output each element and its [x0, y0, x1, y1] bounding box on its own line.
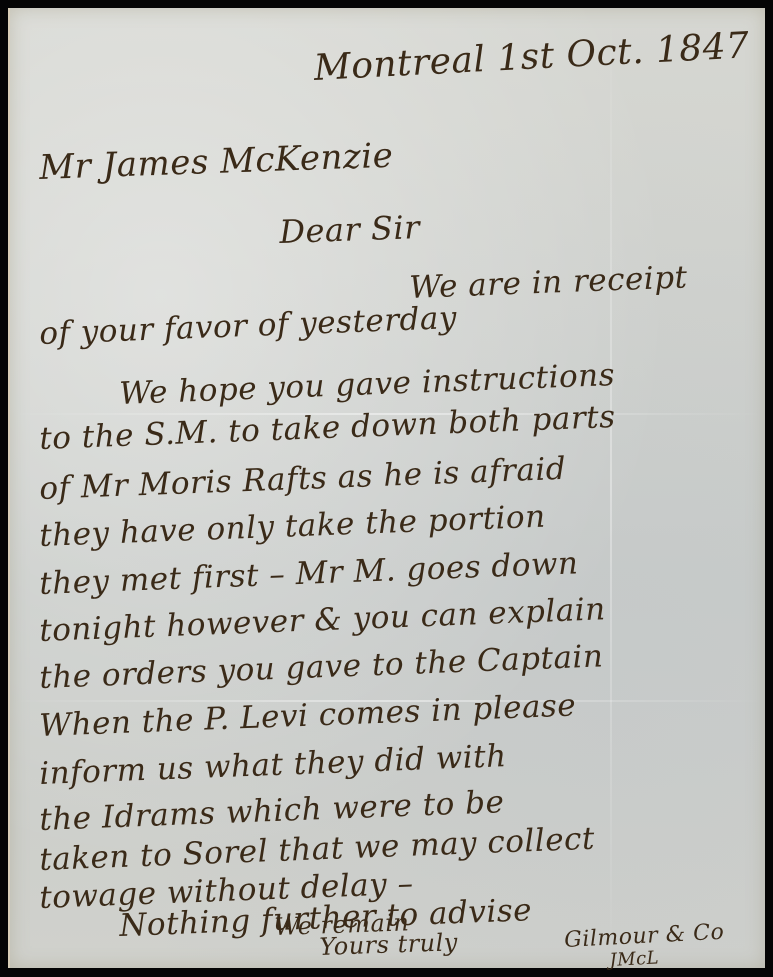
- body-line: of your favor of yesterday: [39, 300, 458, 352]
- fold-crease: [610, 8, 612, 968]
- letter-paper: Montreal 1st Oct. 1847 Mr James McKenzie…: [8, 8, 765, 968]
- body-line: When the P. Levi comes in please: [39, 687, 577, 744]
- salutation: Dear Sir: [279, 208, 421, 251]
- signature-initials: JMcL: [609, 947, 660, 971]
- body-line: tonight however & you can explain: [39, 591, 607, 649]
- body-line: inform us what they did with: [39, 738, 508, 792]
- body-line: of Mr Moris Rafts as he is afraid: [39, 451, 567, 507]
- dateline: Montreal 1st Oct. 1847: [313, 25, 751, 89]
- body-line: they met first – Mr M. goes down: [39, 545, 579, 602]
- body-line: We are in receipt: [409, 259, 689, 306]
- body-line: the orders you gave to the Captain: [39, 638, 604, 696]
- recipient-name: Mr James McKenzie: [39, 136, 394, 188]
- closing-line: Yours truly: [319, 928, 458, 961]
- body-line: they have only take the portion: [39, 499, 547, 554]
